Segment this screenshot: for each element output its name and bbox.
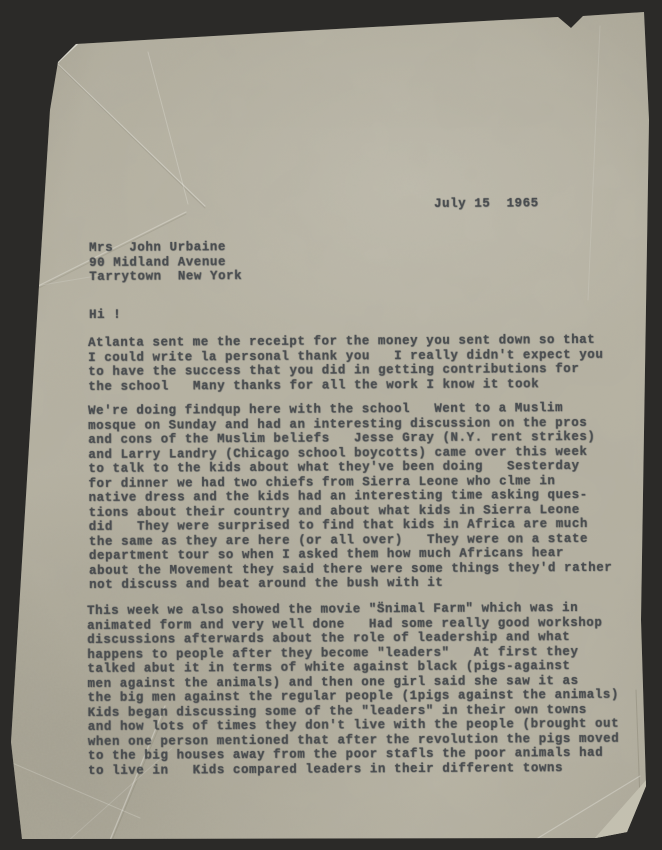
paragraph-thanks: Atlanta sent me the receipt for the mone… — [88, 333, 604, 394]
body-line: not discuss and beat around the bush wit… — [89, 575, 612, 593]
body-line: the school Many thanks for all the work … — [88, 376, 603, 394]
salutation: Hi ! — [89, 308, 121, 323]
letter-date: July 15 1965 — [434, 196, 539, 211]
recipient-address: Mrs John Urbaine90 Midland AvenueTarryto… — [89, 240, 242, 284]
scan-background: { "document_type": "typewritten-letter-s… — [0, 0, 662, 850]
address-line: Tarrytown New York — [89, 269, 242, 284]
address-line: Mrs John Urbaine — [89, 240, 242, 255]
paragraph-school-news: We're doing findqup here with the school… — [88, 401, 612, 593]
letter-paper: July 15 1965 Mrs John Urbaine90 Midland … — [0, 0, 662, 850]
body-line: to live in Kids compared leaders in thei… — [88, 760, 619, 778]
address-line: 90 Midland Avenue — [89, 255, 242, 270]
paragraph-animal-farm: This week we also showed the movie "S̈ni… — [87, 601, 619, 778]
scan-area: July 15 1965 Mrs John Urbaine90 Midland … — [0, 0, 662, 850]
